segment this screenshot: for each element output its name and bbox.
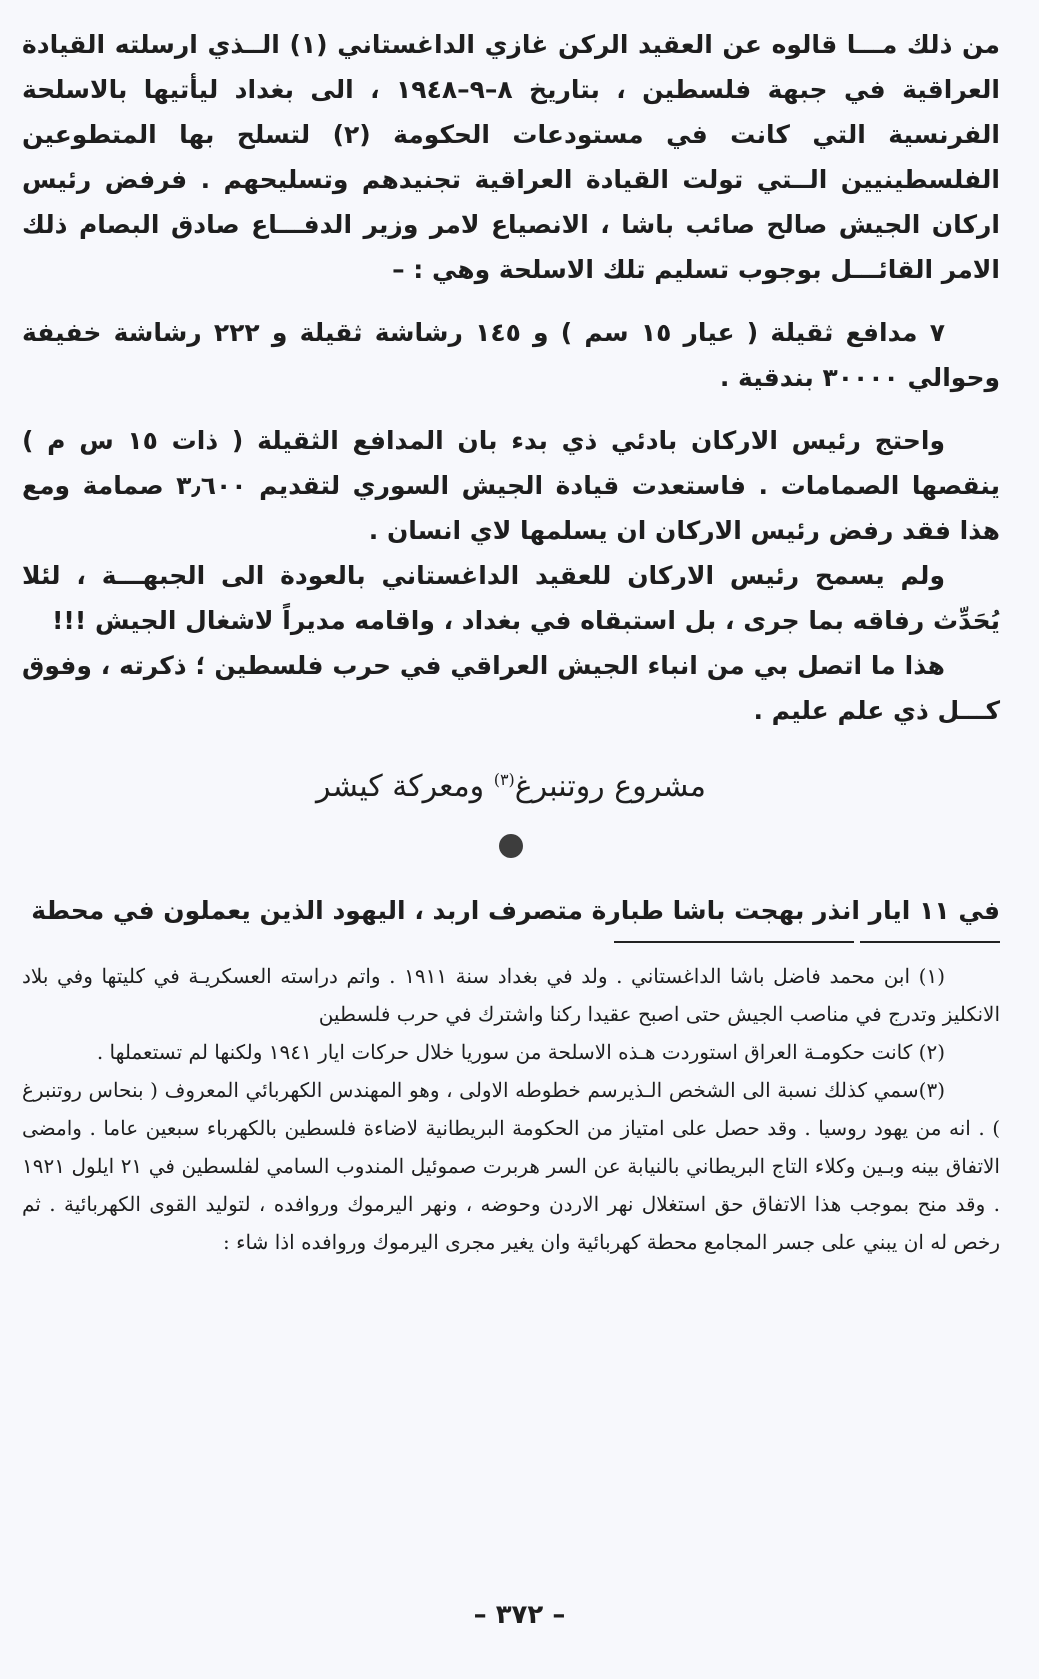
paragraph-conclusion: هذا ما اتصل بي من انباء الجيش العراقي في… [22, 643, 1000, 733]
book-page: من ذلك مـــا قالوه عن العقيد الركن غازي … [22, 22, 1000, 1261]
section-bullet-icon [499, 834, 523, 858]
page-number: – ٣٧٢ – [0, 1600, 1039, 1630]
heading-title: مشروع روتنبرغ [515, 769, 706, 804]
section-heading: مشروع روتنبرغ(٣) ومعركة كيشر [22, 755, 1000, 812]
footnote-ref: (٣) [494, 770, 515, 789]
footnote-1: (١) ابن محمد فاضل باشا الداغستاني . ولد … [22, 957, 1000, 1033]
paragraph-ghazi-daghistani: من ذلك مـــا قالوه عن العقيد الركن غازي … [22, 22, 1000, 292]
footnotes: (١) ابن محمد فاضل باشا الداغستاني . ولد … [22, 957, 1000, 1261]
footnote-divider [22, 941, 1000, 943]
main-text: من ذلك مـــا قالوه عن العقيد الركن غازي … [22, 22, 1000, 733]
footnote-3: (٣)سمي كذلك نسبة الى الشخص الـذيرسم خطوط… [22, 1071, 1000, 1261]
paragraph-weapons-list: ٧ مدافع ثقيلة ( عيار ١٥ سم ) و ١٤٥ رشاشة… [22, 310, 1000, 400]
paragraph-chief-protest: واحتج رئيس الاركان بادئي ذي بدء بان المد… [22, 418, 1000, 553]
paragraph-not-allowed-return: ولم يسمح رئيس الاركان للعقيد الداغستاني … [22, 553, 1000, 643]
footnote-2: (٢) كانت حكومـة العراق استوردت هـذه الاس… [22, 1033, 1000, 1071]
heading-suffix: ومعركة كيشر [316, 769, 494, 804]
paragraph-section-start: في ١١ ايار انذر بهجت باشا طبارة متصرف ار… [22, 888, 1000, 933]
